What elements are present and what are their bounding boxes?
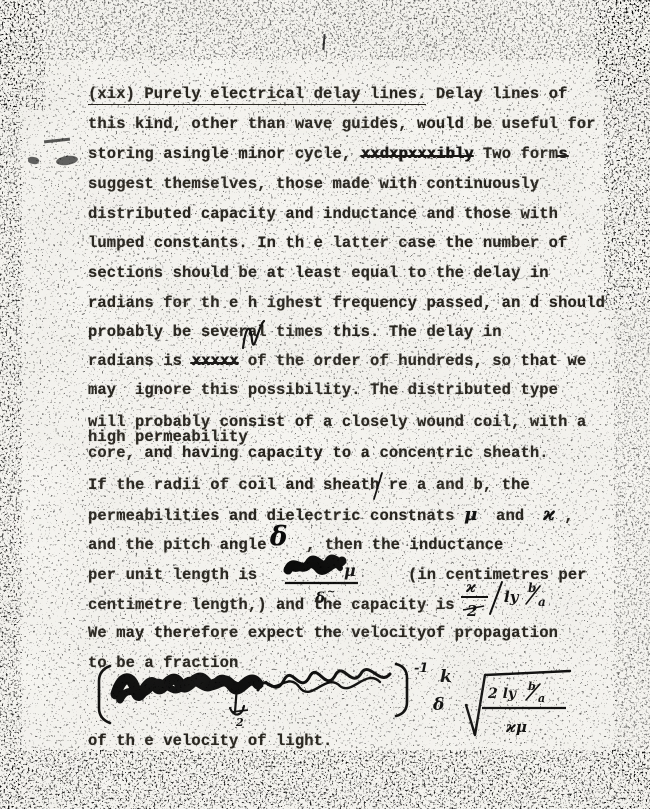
typed-line: radians is xxxxx of the order of hundred… (88, 351, 586, 371)
handwritten-log: ly (504, 588, 520, 606)
scanned-page: (xix) Purely electrical delay lines. Del… (0, 0, 650, 809)
handwritten-kappa: ϰ (465, 578, 477, 596)
handwritten-scribbled-expression: 2 -1 (90, 656, 435, 731)
typed-line: We may therefore expect the velocityof p… (88, 623, 558, 643)
overstruck-letter: s (558, 145, 567, 163)
typed-line: probably be several times this. The dela… (88, 322, 502, 342)
pencil-dash-mark (44, 138, 70, 144)
typed-text: and (477, 507, 543, 525)
handwritten-mu: μ (344, 561, 356, 580)
handwritten-delta-symbol: δ (270, 522, 287, 552)
heading-rest-text: Delay lines of (426, 85, 567, 103)
typed-line: If the radii of coil and sheath re a and… (88, 475, 530, 495)
typed-line: may ignore this possibility. The distrib… (88, 380, 558, 400)
handwritten-radical-formula: k δ 2 ly b a ϰμ (428, 650, 578, 745)
typed-line-heading: (xix) Purely electrical delay lines. Del… (88, 84, 568, 104)
typed-line: permeabilities and dielectric constnats … (88, 505, 574, 526)
handwritten-correction-mark (238, 316, 268, 356)
speckle-top-band (0, 0, 650, 60)
typed-line: radians for th e h ighest frequency pass… (88, 293, 605, 313)
typed-line: this kind, other than wave guides, would… (88, 114, 596, 134)
speckle-right-edge-top (604, 0, 650, 310)
typed-text: Two form (473, 145, 558, 163)
overstruck-word: xxdxpxxxibly (361, 145, 474, 163)
handwritten-numerator: 2 ly (487, 686, 517, 702)
stray-ink-tick (322, 34, 325, 50)
typed-line: storing asingle minor cycle, xxdxpxxxibl… (88, 144, 568, 164)
handwritten-k: k (440, 667, 452, 687)
left-bracket (99, 666, 110, 723)
handwritten-kappa-symbol: ϰ (543, 504, 555, 525)
handwritten-mu-symbol: μ (464, 504, 477, 525)
speckle-top-right-corner (595, 0, 650, 90)
division-slash (490, 582, 502, 614)
overstruck-word: xxxxx (191, 352, 238, 370)
handwritten-a: a (538, 692, 545, 705)
speckle-bottom-band (0, 750, 650, 809)
speckle-top-left-corner (0, 0, 45, 110)
typed-line: sections should be at least equal to the… (88, 263, 549, 283)
typed-text: , (555, 507, 574, 525)
pencil-blob-mark (27, 156, 39, 165)
section-heading-underlined: (xix) Purely electrical delay lines. (88, 85, 426, 105)
typed-line: lumped constants. In th e latter case th… (88, 233, 567, 253)
typed-line: centimetre length,) and the capacity is (88, 595, 464, 615)
handwritten-insert-slash (370, 471, 386, 503)
handwritten-fragment-two: 2 (235, 716, 244, 729)
scribbled-numerator (290, 565, 340, 572)
pencil-blob-mark (55, 155, 78, 167)
typed-line: distributed capacity and inductance and … (88, 204, 558, 224)
typed-line: and the pitch angle (88, 535, 276, 555)
right-bracket (396, 664, 407, 716)
typed-text: radians is (88, 352, 191, 370)
handwritten-capacity-formula: ϰ 2 ly b a (458, 576, 558, 626)
handwritten-two: 2 (466, 602, 477, 620)
speckle-right-edge (614, 310, 650, 809)
typed-line: per unit length is (88, 565, 267, 585)
typed-line-inserted: high permeability (88, 429, 248, 445)
slash-stroke (374, 473, 382, 499)
typed-line: core, and having capacity to a concentri… (88, 445, 549, 461)
handwritten-exponent: -1 (414, 661, 428, 676)
squiggle-stroke (243, 321, 264, 348)
handwritten-a: a (538, 595, 546, 609)
handwritten-denominator: ϰμ (505, 718, 527, 736)
typed-line: suggest themselves, those made with cont… (88, 174, 539, 194)
typed-text: of the order of hundreds, so that we (238, 352, 586, 370)
speckle-left-edge (0, 0, 22, 809)
typed-text: storing asingle minor cycle, (88, 145, 361, 163)
handwritten-delta: δ (432, 695, 444, 715)
typed-line: of th e velocity of light. (88, 731, 332, 751)
scribble-stroke (258, 669, 390, 690)
